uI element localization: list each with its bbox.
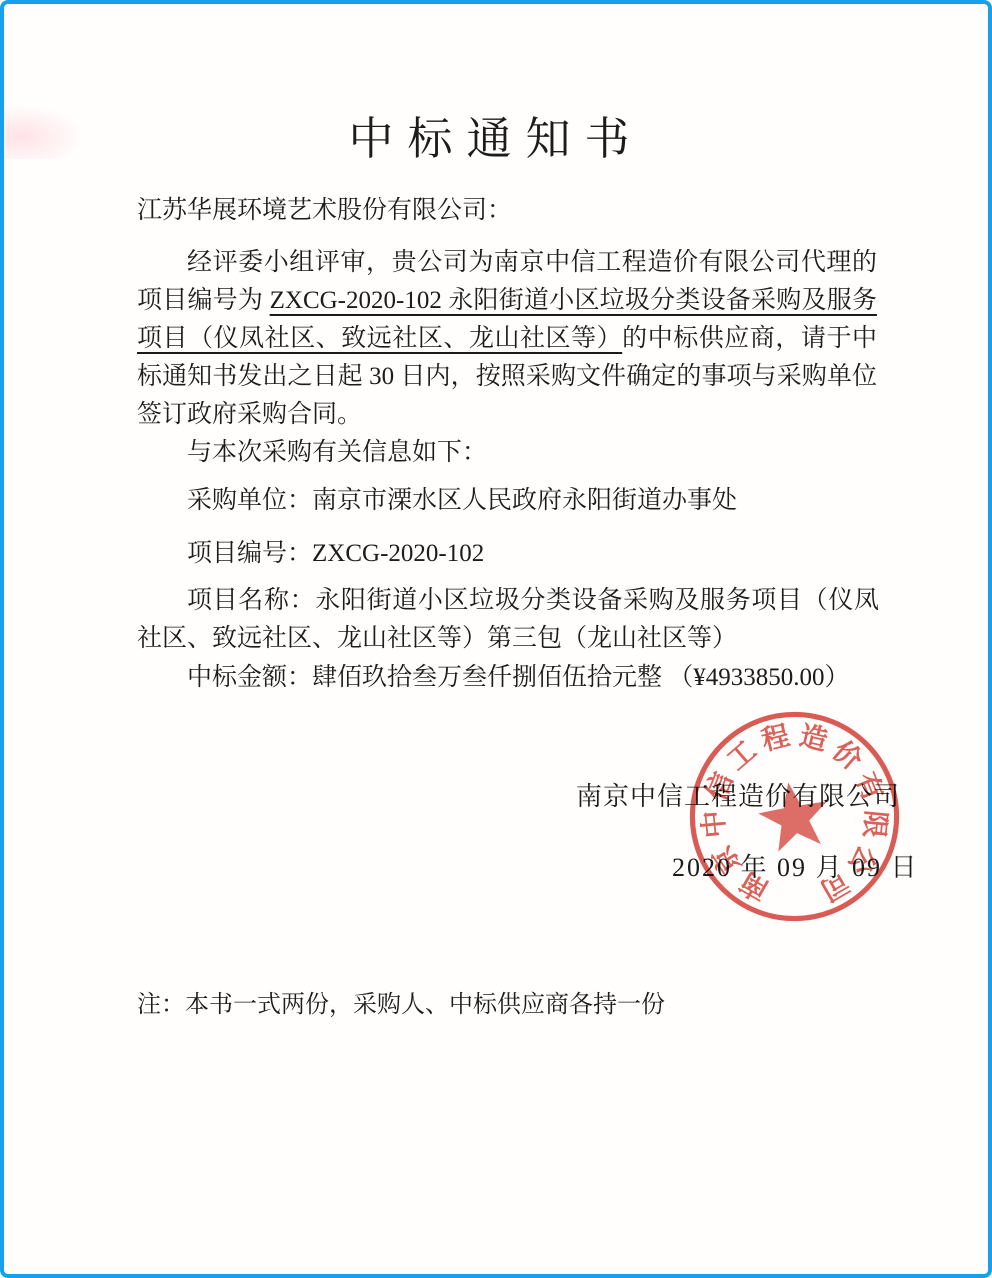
info-project-name: 项目名称：永阳街道小区垃圾分类设备采购及服务项目（仪凤社区、致远社区、龙山社区等… (137, 582, 879, 658)
svg-text:中: 中 (697, 809, 730, 839)
svg-text:工: 工 (721, 734, 762, 776)
svg-text:限: 限 (858, 809, 892, 840)
info-purchaser-value: 南京市溧水区人民政府永阳街道办事处 (312, 487, 737, 514)
info-purchaser: 采购单位：南京市溧水区人民政府永阳街道办事处 (137, 482, 879, 520)
svg-text:造: 造 (797, 720, 832, 757)
info-project-name-label: 项目名称： (187, 587, 315, 614)
recipient-line: 江苏华展环境艺术股份有限公司： (137, 190, 512, 226)
info-project-number-value: ZXCG-2020-102 (312, 540, 484, 567)
info-award-amount: 中标金额：肆佰玖拾叁万叁仟捌佰伍拾元整 （¥4933850.00） (137, 659, 879, 697)
signature-date: 2020 年 09 月 09 日 (672, 847, 919, 884)
info-intro-line: 与本次采购有关信息如下： (137, 432, 877, 468)
info-project-number-label: 项目编号： (187, 540, 312, 567)
company-seal-stamp: 南京中信工程造价有限公司 (672, 694, 917, 939)
signature-company: 南京中信工程造价有限公司 (576, 776, 900, 813)
svg-text:程: 程 (758, 719, 793, 756)
info-award-amount-label: 中标金额： (187, 664, 312, 691)
info-project-number: 项目编号：ZXCG-2020-102 (137, 535, 879, 573)
scanned-document-page: 中标通知书 江苏华展环境艺术股份有限公司： 经评委小组评审，贵公司为南京中信工程… (0, 0, 992, 1278)
footnote-line: 注：本书一式两份，采购人、中标供应商各持一份 (137, 984, 665, 1019)
seal-ring-circle (692, 714, 896, 918)
document-title: 中标通知书 (4, 102, 988, 167)
svg-text:价: 价 (827, 735, 868, 777)
info-award-amount-value: 肆佰玖拾叁万叁仟捌佰伍拾元整 （¥4933850.00） (312, 664, 850, 691)
info-purchaser-label: 采购单位： (187, 487, 312, 514)
body-paragraph: 经评委小组评审，贵公司为南京中信工程造价有限公司代理的项目编号为 ZXCG-20… (137, 244, 877, 434)
